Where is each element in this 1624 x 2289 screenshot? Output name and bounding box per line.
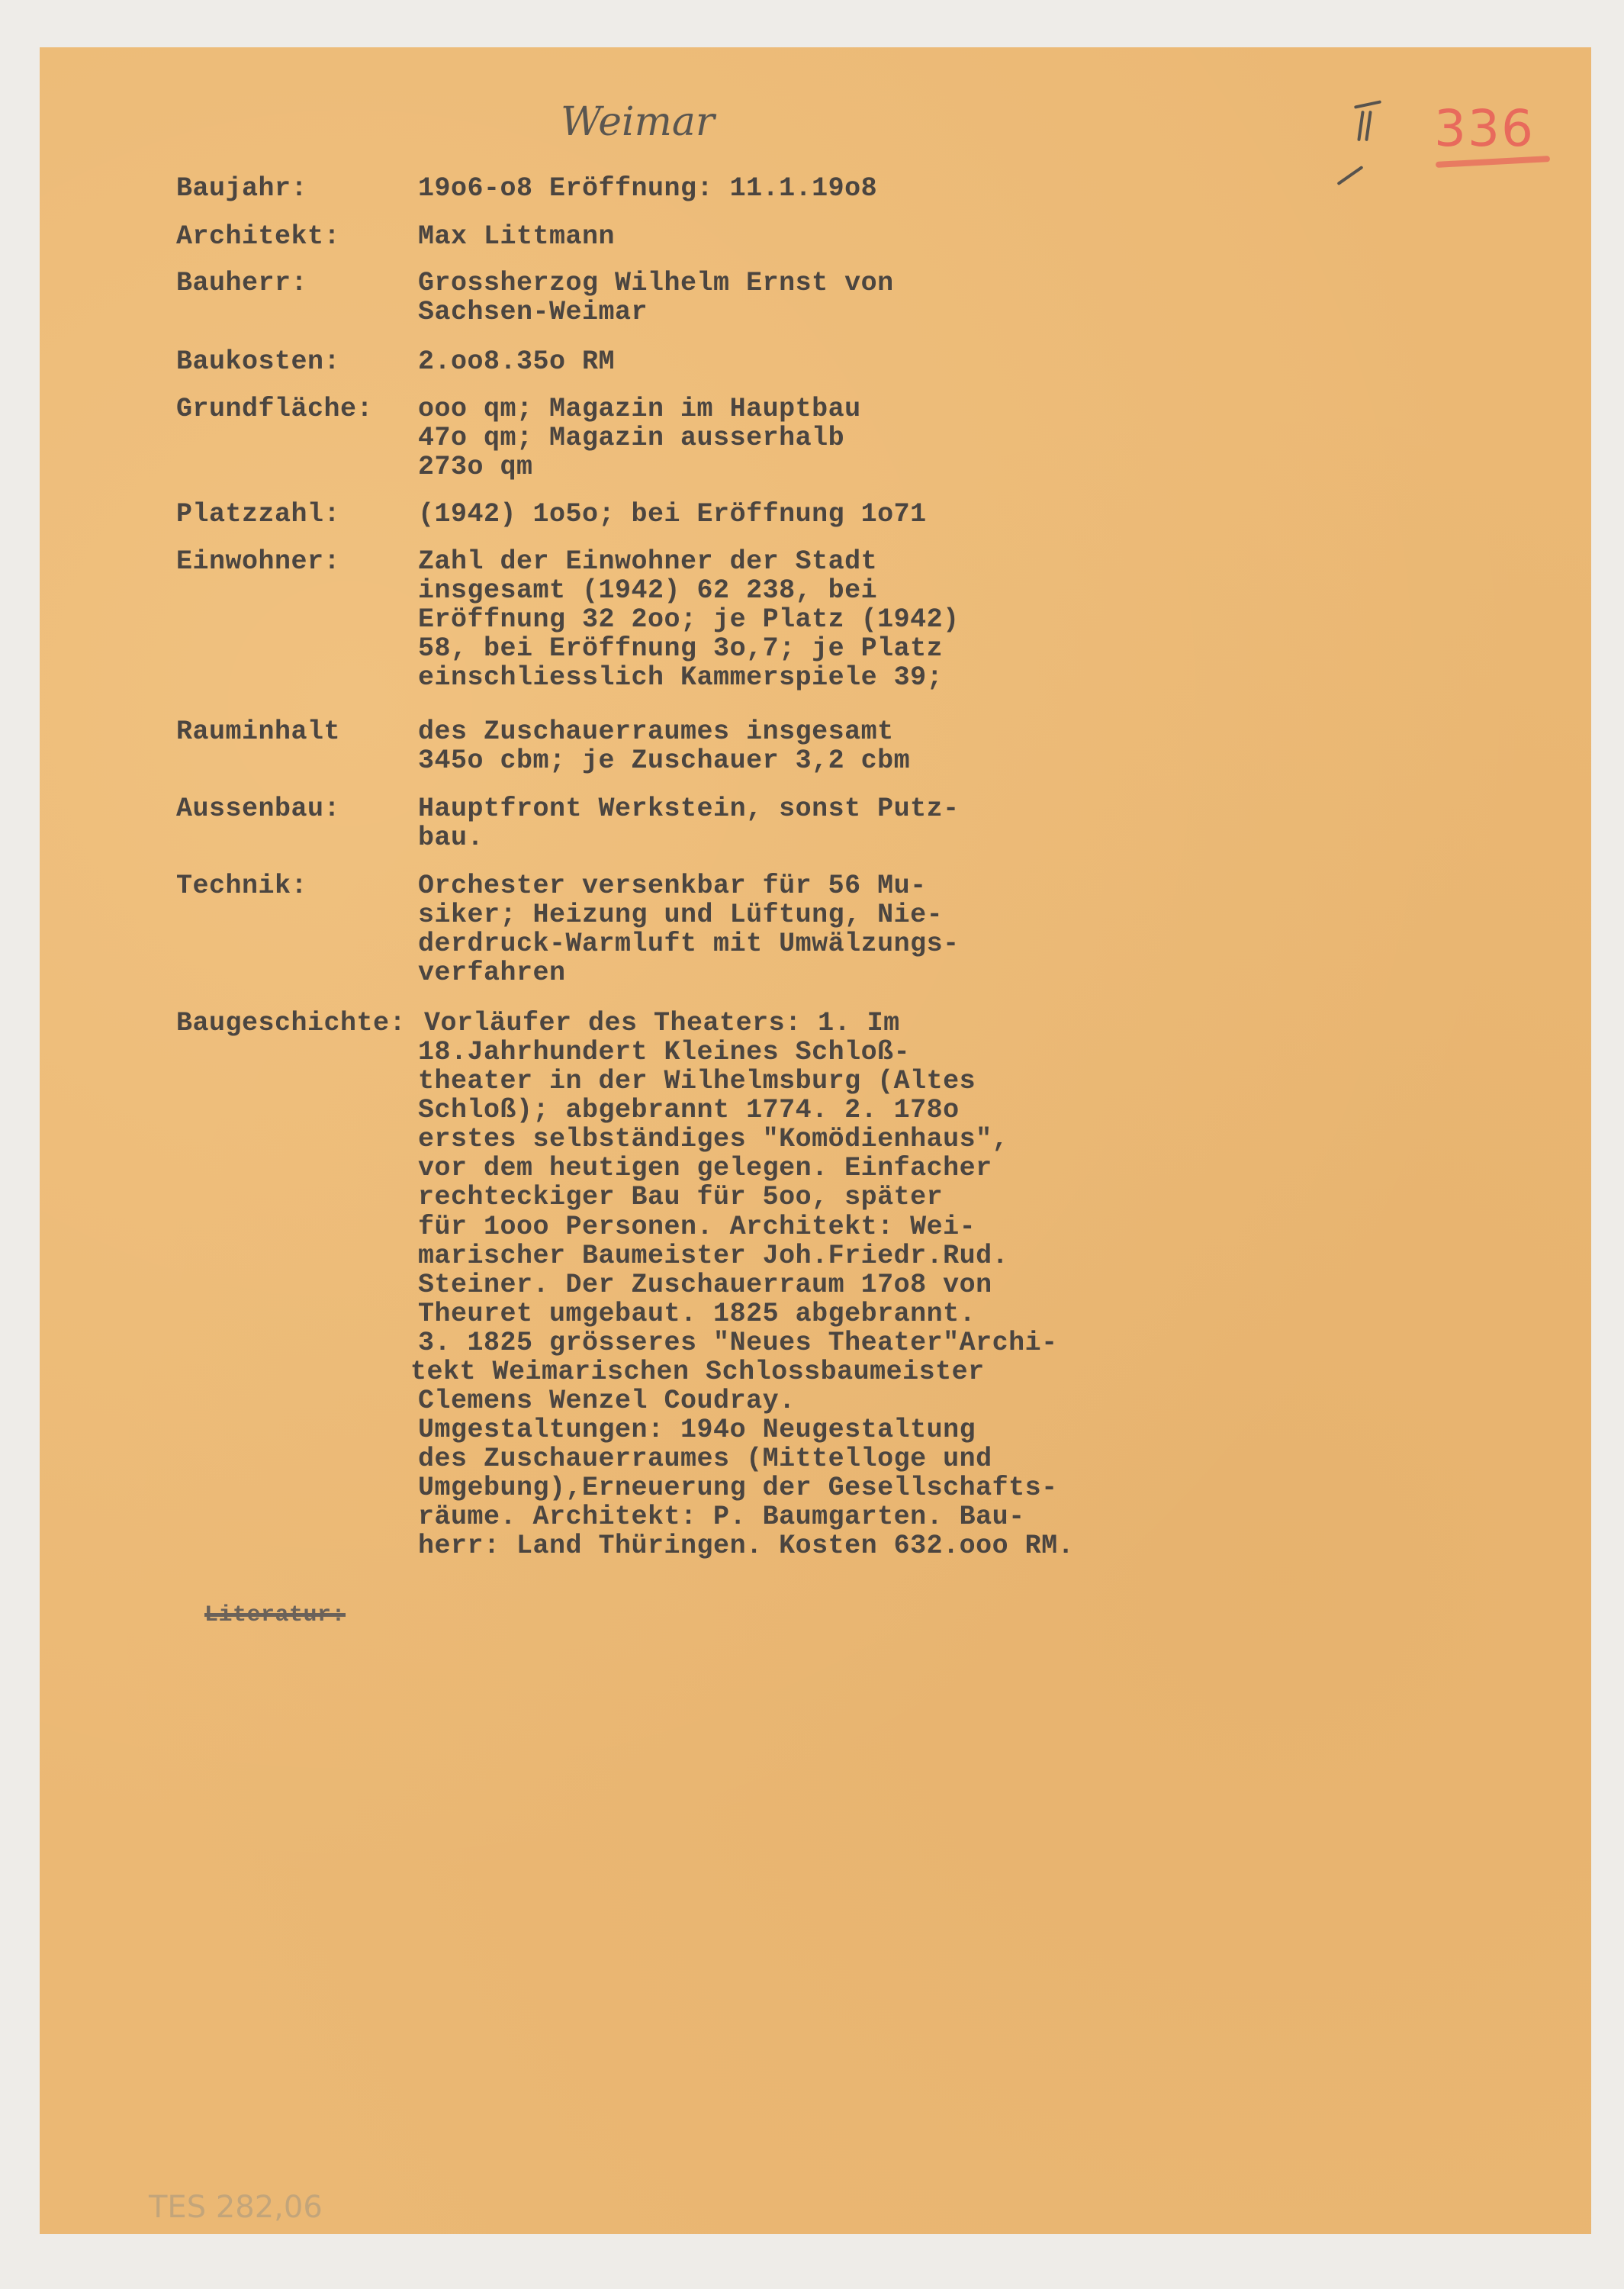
field-value: Zahl der Einwohner der Stadt — [418, 547, 877, 576]
field-label: Grundfläche: — [176, 394, 373, 423]
history-line: marischer Baumeister Joh.Friedr.Rud. — [418, 1241, 1008, 1270]
field-label: Baujahr: — [176, 174, 307, 203]
history-line: für 1ooo Personen. Architekt: Wei- — [418, 1212, 976, 1241]
field-value: Eröffnung 32 2oo; je Platz (1942) — [418, 605, 960, 634]
field-value: derdruck-Warmluft mit Umwälzungs- — [418, 929, 960, 958]
field-label: Platzzahl: — [176, 500, 340, 529]
field-label: Rauminhalt — [176, 717, 340, 746]
field-label: Technik: — [176, 871, 307, 900]
handwritten-city: Weimar — [561, 99, 715, 145]
field-value: 47o qm; Magazin ausserhalb — [418, 423, 844, 452]
history-line: Clemens Wenzel Coudray. — [418, 1386, 796, 1415]
history-line: Umgebung),Erneuerung der Gesellschafts- — [418, 1473, 1058, 1502]
field-value: einschliesslich Kammerspiele 39; — [418, 663, 943, 692]
field-value: 58, bei Eröffnung 3o,7; je Platz — [418, 634, 943, 663]
page-number-red: 336 — [1434, 99, 1535, 158]
history-line: Theuret umgebaut. 1825 abgebrannt. — [418, 1299, 976, 1328]
history-line: erstes selbständiges "Komödienhaus", — [418, 1125, 1008, 1154]
field-value: 273o qm — [418, 452, 533, 481]
history-line: Umgestaltungen: 194o Neugestaltung — [418, 1415, 976, 1444]
pencil-note-bottom: TES 282,06 — [149, 2190, 323, 2225]
field-value: Orchester versenkbar für 56 Mu- — [418, 871, 927, 900]
field-value: siker; Heizung und Lüftung, Nie- — [418, 900, 943, 929]
field-value: insgesamt (1942) 62 238, bei — [418, 576, 877, 605]
field-label: Baukosten: — [176, 347, 340, 376]
history-line: rechteckiger Bau für 5oo, später — [418, 1183, 943, 1212]
history-line: theater in der Wilhelmsburg (Altes — [418, 1067, 976, 1096]
field-label: Bauherr: — [176, 269, 307, 298]
history-line: des Zuschauerraumes (Mittelloge und — [418, 1444, 992, 1473]
field-value: Hauptfront Werkstein, sonst Putz- — [418, 794, 960, 823]
field-value: Max Littmann — [418, 222, 615, 251]
field-label: Einwohner: — [176, 547, 340, 576]
field-value: 345o cbm; je Zuschauer 3,2 cbm — [418, 746, 910, 775]
field-value: bau. — [418, 823, 484, 852]
field-value: 19o6-o8 Eröffnung: 11.1.19o8 — [418, 174, 877, 203]
field-value: des Zuschauerraumes insgesamt — [418, 717, 894, 746]
history-line: 18.Jahrhundert Kleines Schloß- — [418, 1038, 910, 1067]
field-value: 2.oo8.35o RM — [418, 347, 615, 376]
field-label: Baugeschichte: — [176, 1009, 406, 1038]
history-line: 3. 1825 grösseres "Neues Theater"Archi- — [418, 1328, 1058, 1357]
field-label: Architekt: — [176, 222, 340, 251]
field-value: ooo qm; Magazin im Hauptbau — [418, 394, 861, 423]
history-line: Steiner. Der Zuschauerraum 17o8 von — [418, 1270, 992, 1299]
field-value: Sachsen-Weimar — [418, 298, 648, 327]
history-line: räume. Architekt: P. Baumgarten. Bau- — [418, 1502, 1025, 1531]
history-line: tekt Weimarischen Schlossbaumeister — [410, 1357, 985, 1386]
history-line: herr: Land Thüringen. Kosten 632.ooo RM. — [418, 1531, 1074, 1560]
history-line: Vorläufer des Theaters: 1. Im — [424, 1009, 900, 1038]
literatur-struck-label: Literatur: — [204, 1601, 346, 1630]
field-label: Aussenbau: — [176, 794, 340, 823]
field-value: verfahren — [418, 958, 566, 987]
field-value: (1942) 1o5o; bei Eröffnung 1o71 — [418, 500, 927, 529]
history-line: Schloß); abgebrannt 1774. 2. 178o — [418, 1096, 960, 1125]
field-value: Grossherzog Wilhelm Ernst von — [418, 269, 894, 298]
history-line: vor dem heutigen gelegen. Einfacher — [418, 1154, 992, 1183]
